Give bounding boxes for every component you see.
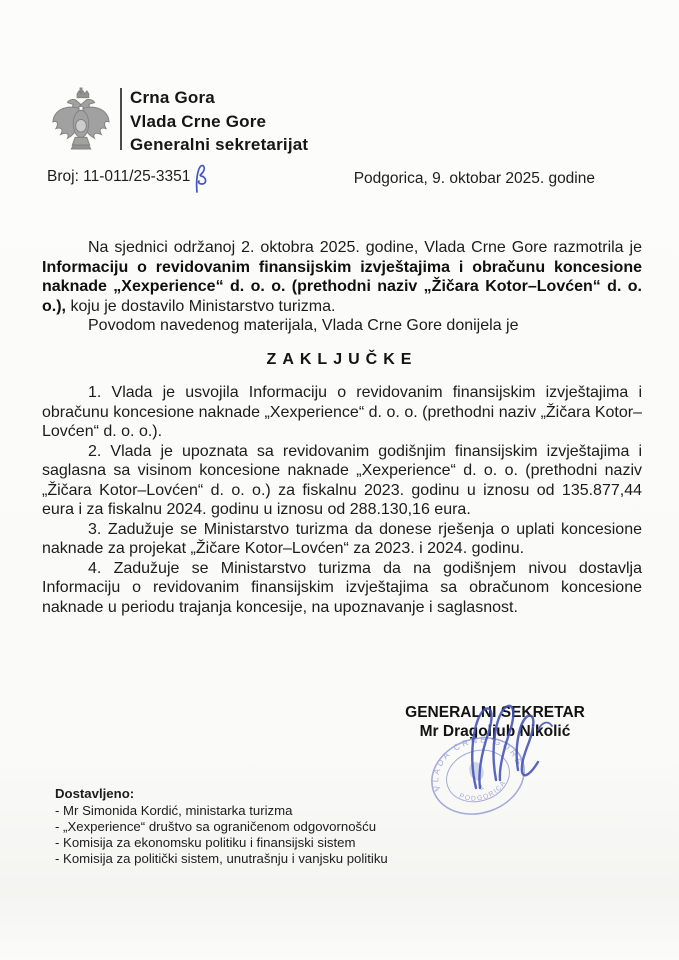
issuing-authority: Crna Gora Vlada Crne Gore Generalni sekr… <box>130 86 308 157</box>
conclusions-heading: ZAKLJUČKE <box>42 350 642 370</box>
letterhead-divider <box>120 88 122 150</box>
distribution-item-3: - Komisija za ekonomsku politiku i finan… <box>55 835 388 851</box>
handwritten-number-mark <box>193 164 210 194</box>
document-page: Crna Gora Vlada Crne Gore Generalni sekr… <box>0 0 679 960</box>
reference-number-label: Broj: 11-011/25-3351 <box>47 168 190 186</box>
montenegro-coat-of-arms-icon <box>50 86 112 152</box>
conclusion-item-1: 1. Vlada je usvojila Informaciju o revid… <box>42 383 642 442</box>
lead-in-paragraph: Povodom navedenog materijala, Vlada Crne… <box>42 316 642 336</box>
intro-text-start: Na sjednici održanoj 2. oktobra 2025. go… <box>88 239 642 256</box>
distribution-label: Dostavljeno: <box>55 786 388 802</box>
letterhead: Crna Gora Vlada Crne Gore Generalni sekr… <box>50 86 308 157</box>
government-name: Vlada Crne Gore <box>130 110 308 134</box>
reference-row: Broj: 11-011/25-3351 Podgorica, 9. oktob… <box>47 168 595 194</box>
conclusion-item-3: 3. Zadužuje se Ministarstvo turizma da d… <box>42 520 642 559</box>
conclusion-item-4: 4. Zadužuje se Ministarstvo turizma da n… <box>42 559 642 618</box>
department-name: Generalni sekretarijat <box>130 133 308 157</box>
distribution-item-2: - „Xexperience“ društvo sa ograničenom o… <box>55 819 388 835</box>
distribution-item-1: - Mr Simonida Kordić, ministarka turizma <box>55 803 388 819</box>
country-name: Crna Gora <box>130 86 308 110</box>
distribution-list: Dostavljeno: - Mr Simonida Kordić, minis… <box>55 786 388 867</box>
place-and-date: Podgorica, 9. oktobar 2025. godine <box>354 168 595 188</box>
intro-text-end: koju je dostavilo Ministarstvo turizma. <box>66 298 335 315</box>
distribution-item-4: - Komisija za politički sistem, unutrašn… <box>55 851 388 867</box>
reference-number: Broj: 11-011/25-3351 <box>47 168 210 194</box>
conclusion-item-2: 2. Vlada je upoznata sa revidovanim godi… <box>42 442 642 520</box>
signature-scrawl <box>438 700 570 802</box>
document-body: Na sjednici održanoj 2. oktobra 2025. go… <box>42 238 642 617</box>
intro-paragraph: Na sjednici održanoj 2. oktobra 2025. go… <box>42 238 642 316</box>
